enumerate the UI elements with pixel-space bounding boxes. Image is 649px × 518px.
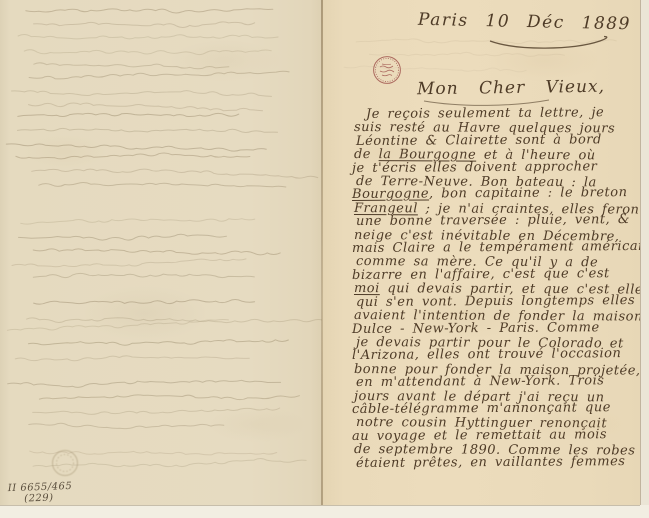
page-fold [321,0,323,505]
library-stamp-icon [371,54,403,86]
letter-line: Je reçois seulement ta lettre, je [352,106,648,121]
bleed-through-text [0,0,322,505]
left-page: II 6655/465 (229) [0,0,322,505]
salutation: Mon Cher Vieux, [417,77,605,100]
embossed-stamp-icon [50,448,80,478]
letter-line: en m'attendant à New-York. Trois [356,374,648,389]
letter-line: Léontine & Clairette sont à bord [356,133,648,148]
letter-line: Dulce - New-York - Paris. Comme [352,320,648,335]
letter-line: câble-télégramme m'annonçant que [352,401,648,416]
catalog-page-number: (229) [24,492,73,505]
letter-scan: II 6655/465 (229) Paris 10 Déc 1889 Mon … [0,0,649,518]
letter-line: mais Claire a le tempérament américain [352,240,648,255]
catalog-inscription: II 6655/465 (229) [8,481,73,505]
page-edge [640,0,649,505]
date-flourish [488,34,618,54]
right-page: Paris 10 Déc 1889 Mon Cher Vieux, Je reç… [322,0,640,505]
letter-body: Je reçois seulement ta lettre, jesuis re… [352,108,648,470]
letter-line: une bonne traversée : pluie, vent, & [356,213,648,228]
letter-line: étaient prêtes, en vaillantes femmes [356,455,648,470]
letter-line: qui s'en vont. Depuis longtemps elles [356,294,648,309]
letter-line: je t'écris elles doivent approcher [352,160,648,175]
letter-line: au voyage et le remettait au mois [352,428,648,443]
letter-line: bizarre en l'affaire, c'est que c'est [352,267,648,282]
letter-line: Bourgogne, bon capitaine : le breton [352,186,648,201]
letter-line: l'Arizona, elles ont trouvé l'occasion [352,347,648,362]
